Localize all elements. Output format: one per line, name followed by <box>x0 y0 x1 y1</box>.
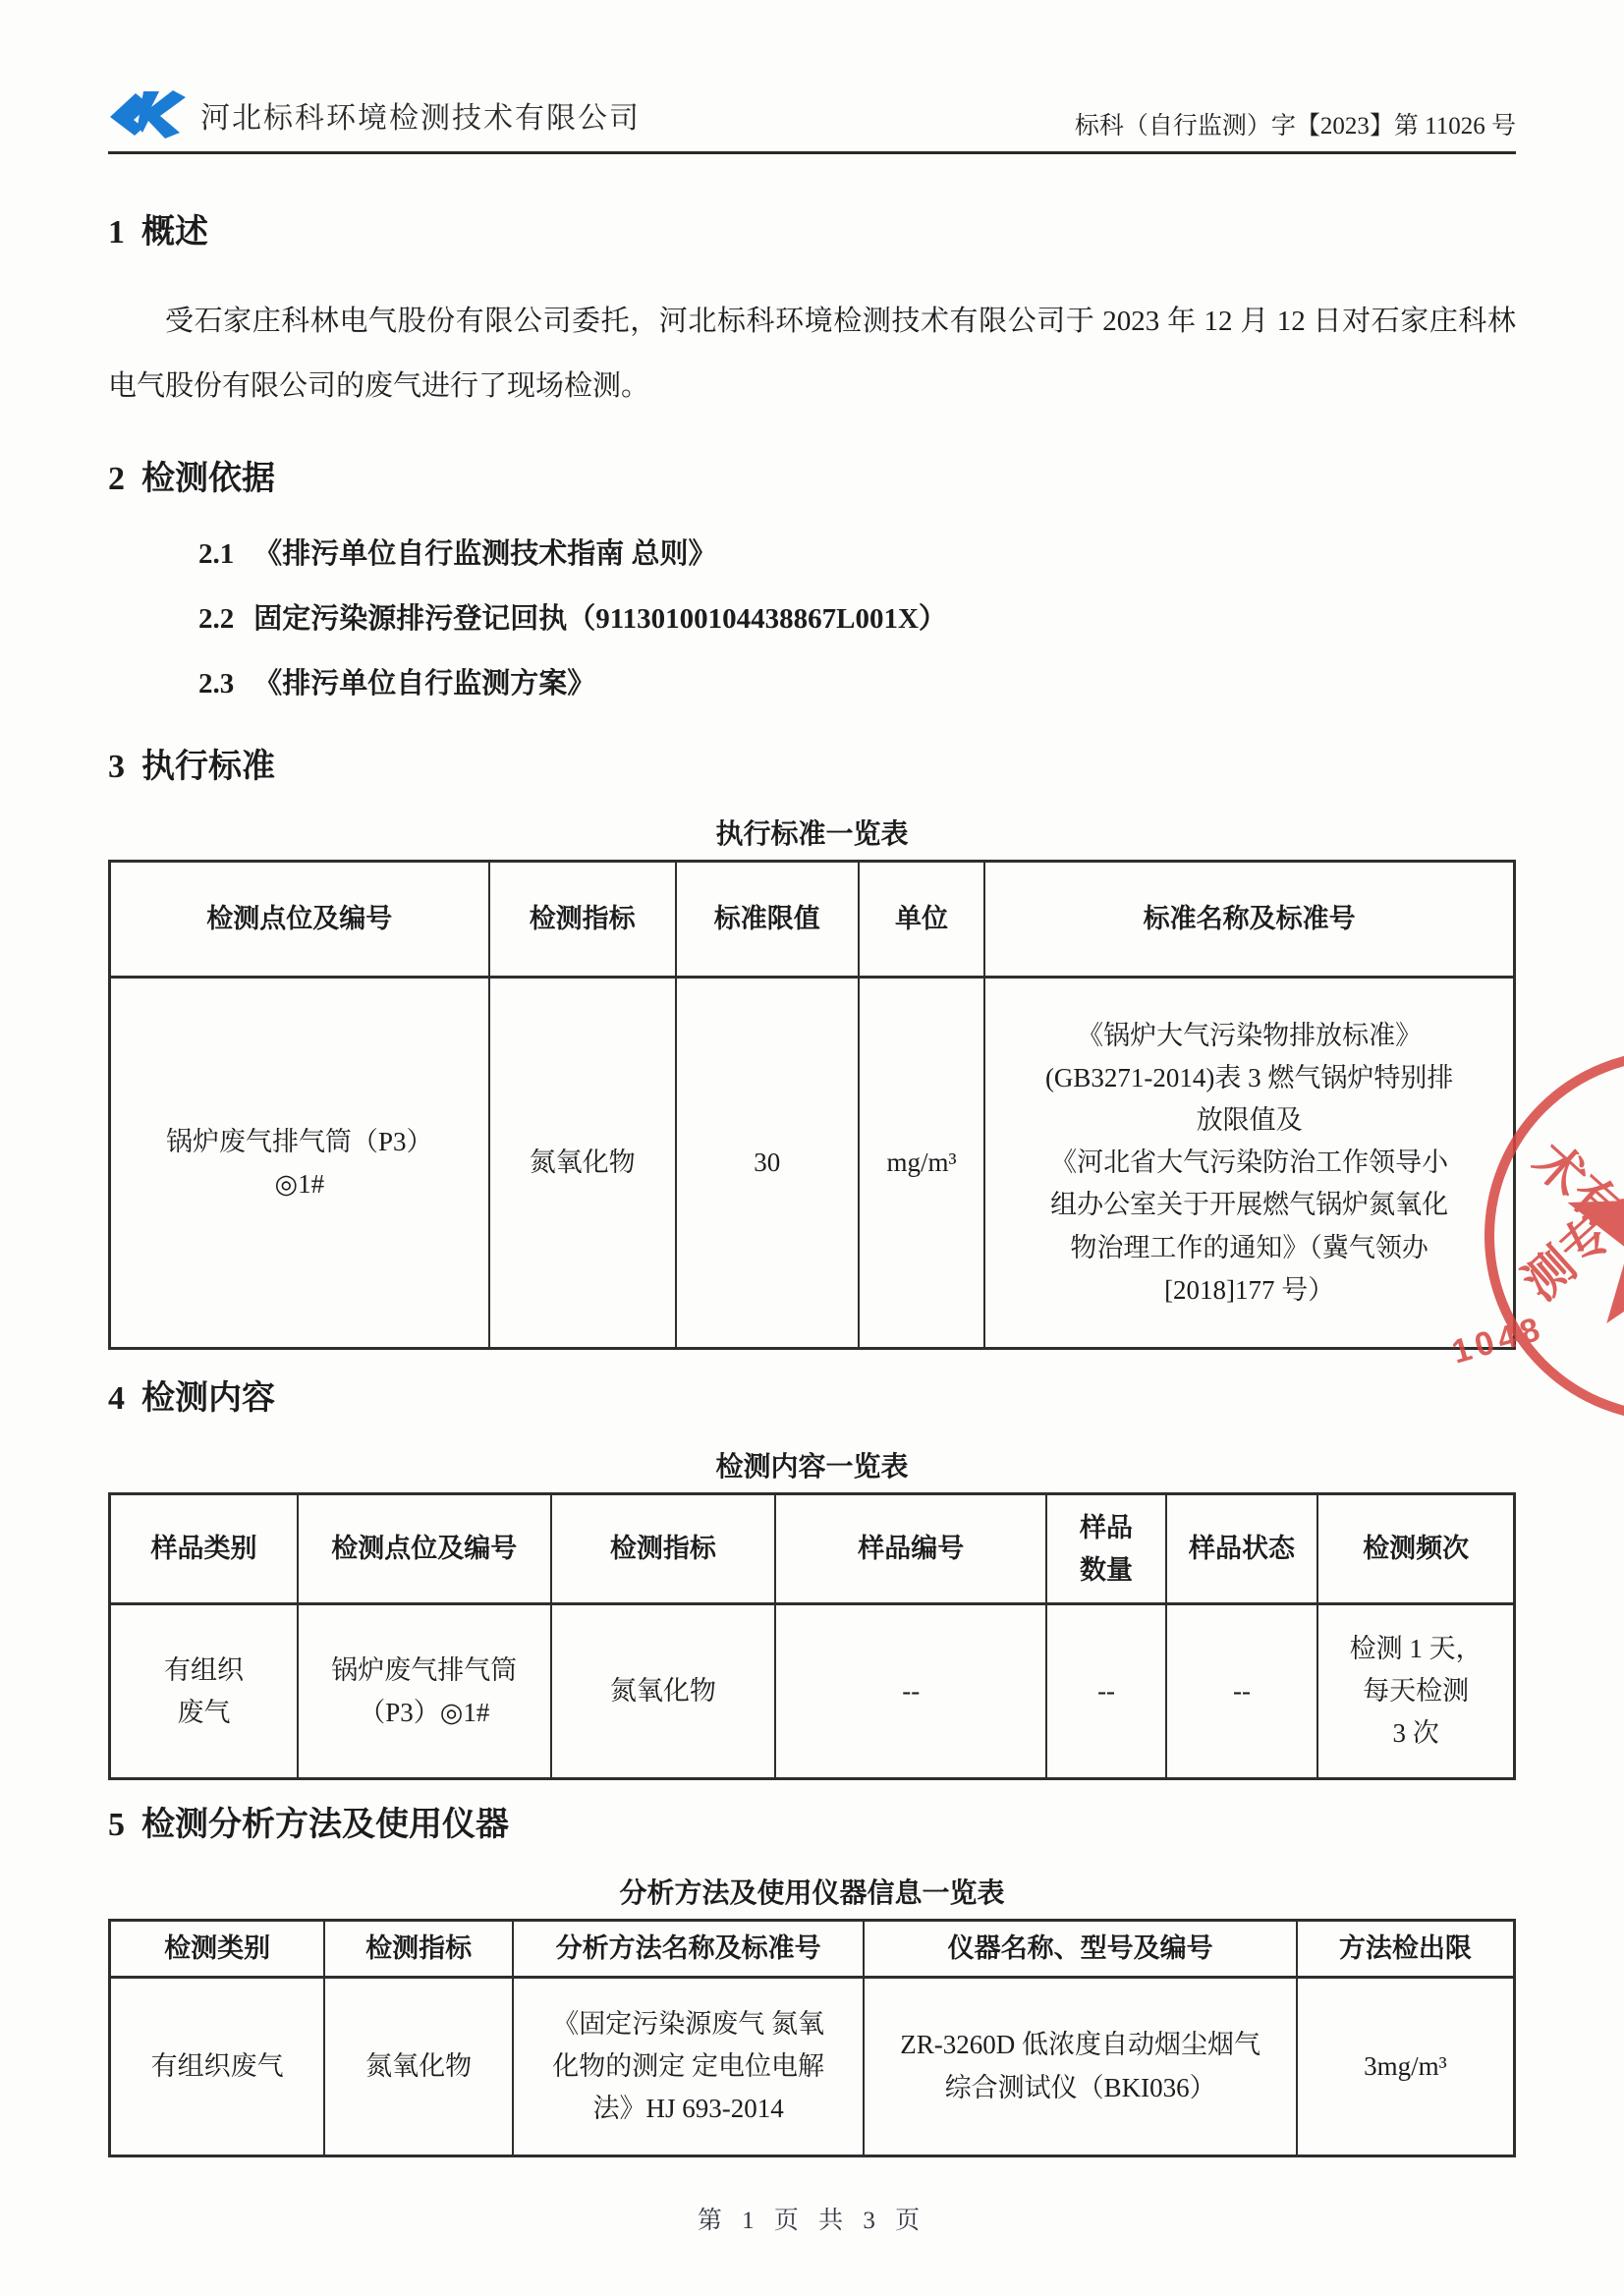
column-header: 样品编号 <box>775 1494 1046 1604</box>
table-row: 有组织废气 氮氧化物 《固定污染源废气 氮氧 化物的测定 定电位电解 法》HJ … <box>110 1978 1515 2156</box>
table-row: 锅炉废气排气筒（P3） ◎1# 氮氧化物 30 mg/m³ 《锅炉大气污染物排放… <box>110 978 1515 1349</box>
cell-indicator: 氮氧化物 <box>551 1604 776 1779</box>
cell-instrument: ZR-3260D 低浓度自动烟尘烟气 综合测试仪（BKI036） <box>864 1978 1296 2156</box>
table-caption-content: 检测内容一览表 <box>108 1445 1516 1484</box>
cell-monitoring-point: 锅炉废气排气筒（P3） ◎1# <box>110 978 489 1349</box>
cell-frequency: 检测 1 天， 每天检测 3 次 <box>1317 1604 1514 1779</box>
report-number: 标科（自行监测）字【2023】第 11026 号 <box>1075 106 1516 143</box>
section-title-methods: 5 检测分析方法及使用仪器 <box>108 1806 1516 1846</box>
column-header: 检测频次 <box>1317 1494 1514 1604</box>
column-header: 检测指标 <box>489 862 676 978</box>
brand-block: 河北标科环境检测技术有限公司 <box>108 86 641 143</box>
table-row: 有组织 废气 锅炉废气排气筒 （P3）◎1# 氮氧化物 -- -- -- 检测 … <box>110 1604 1515 1779</box>
column-header: 标准名称及标准号 <box>984 862 1514 978</box>
overview-paragraph: 受石家庄科林电气股份有限公司委托，河北标科环境检测技术有限公司于 2023 年 … <box>108 289 1516 419</box>
cell-sample-status: -- <box>1166 1604 1317 1779</box>
column-header: 样品状态 <box>1166 1494 1317 1604</box>
section-title-overview: 1 概述 <box>108 213 1516 253</box>
column-header: 检测指标 <box>324 1920 513 1977</box>
cell-sample-quantity: -- <box>1046 1604 1166 1779</box>
list-item: 2.2固定污染源排污登记回执（91130100104438867L001X） <box>198 600 1516 638</box>
cell-unit: mg/m³ <box>859 978 985 1349</box>
page-number-indicator: 第 1 页 共 3 页 <box>108 2201 1516 2236</box>
list-item: 2.3《排污单位自行监测方案》 <box>198 665 1516 702</box>
item-number: 2.2 <box>198 603 234 635</box>
column-header: 样品 数量 <box>1046 1494 1166 1604</box>
content-table: 样品类别 检测点位及编号 检测指标 样品编号 样品 数量 样品状态 检测频次 有… <box>108 1492 1516 1780</box>
cell-limit: 30 <box>676 978 859 1349</box>
column-header: 分析方法名称及标准号 <box>513 1920 865 1977</box>
column-header: 标准限值 <box>676 862 859 978</box>
methods-table: 检测类别 检测指标 分析方法名称及标准号 仪器名称、型号及编号 方法检出限 有组… <box>108 1919 1516 2157</box>
cell-category: 有组织废气 <box>110 1978 325 2156</box>
star-icon <box>1567 1128 1624 1323</box>
section-title-content: 4 检测内容 <box>108 1379 1516 1420</box>
cell-method-name: 《固定污染源废气 氮氧 化物的测定 定电位电解 法》HJ 693-2014 <box>513 1978 865 2156</box>
cell-indicator: 氮氧化物 <box>489 978 676 1349</box>
standards-table: 检测点位及编号 检测指标 标准限值 单位 标准名称及标准号 锅炉废气排气筒（P3… <box>108 860 1516 1350</box>
column-header: 方法检出限 <box>1297 1920 1515 1977</box>
table-caption-standards: 执行标准一览表 <box>108 812 1516 852</box>
item-text: 固定污染源排污登记回执（91130100104438867L001X） <box>253 603 947 635</box>
column-header: 单位 <box>859 862 985 978</box>
table-header-row: 检测类别 检测指标 分析方法名称及标准号 仪器名称、型号及编号 方法检出限 <box>110 1920 1515 1977</box>
cell-sample-no: -- <box>775 1604 1046 1779</box>
seal-text-fragment: 测专 <box>1513 1204 1623 1312</box>
column-header: 样品类别 <box>110 1494 299 1604</box>
company-logo-icon <box>108 86 187 143</box>
item-number: 2.3 <box>198 668 234 700</box>
document-header: 河北标科环境检测技术有限公司 标科（自行监测）字【2023】第 11026 号 <box>108 86 1516 154</box>
column-header: 检测点位及编号 <box>110 862 489 978</box>
cell-monitoring-point: 锅炉废气排气筒 （P3）◎1# <box>298 1604 550 1779</box>
cell-standard-name: 《锅炉大气污染物排放标准》 (GB3271-2014)表 3 燃气锅炉特别排 放… <box>984 978 1514 1349</box>
report-page: 河北标科环境检测技术有限公司 标科（自行监测）字【2023】第 11026 号 … <box>0 0 1624 2295</box>
column-header: 检测指标 <box>551 1494 776 1604</box>
column-header: 仪器名称、型号及编号 <box>864 1920 1296 1977</box>
item-text: 《排污单位自行监测方案》 <box>253 668 595 700</box>
section-title-basis: 2 检测依据 <box>108 460 1516 500</box>
column-header: 检测类别 <box>110 1920 325 1977</box>
basis-list: 2.1《排污单位自行监测技术指南 总则》 2.2固定污染源排污登记回执（9113… <box>108 535 1516 702</box>
cell-detection-limit: 3mg/m³ <box>1297 1978 1515 2156</box>
company-name: 河北标科环境检测技术有限公司 <box>200 93 641 137</box>
section-title-standards: 3 执行标准 <box>108 748 1516 788</box>
seal-text-fragment: 术有 <box>1524 1133 1624 1240</box>
item-text: 《排污单位自行监测技术指南 总则》 <box>253 538 716 570</box>
table-header-row: 样品类别 检测点位及编号 检测指标 样品编号 样品 数量 样品状态 检测频次 <box>110 1494 1515 1604</box>
table-caption-methods: 分析方法及使用仪器信息一览表 <box>108 1872 1516 1911</box>
cell-sample-category: 有组织 废气 <box>110 1604 299 1779</box>
column-header: 检测点位及编号 <box>298 1494 550 1604</box>
item-number: 2.1 <box>198 538 234 570</box>
cell-indicator: 氮氧化物 <box>324 1978 513 2156</box>
table-header-row: 检测点位及编号 检测指标 标准限值 单位 标准名称及标准号 <box>110 862 1515 978</box>
list-item: 2.1《排污单位自行监测技术指南 总则》 <box>198 535 1516 573</box>
